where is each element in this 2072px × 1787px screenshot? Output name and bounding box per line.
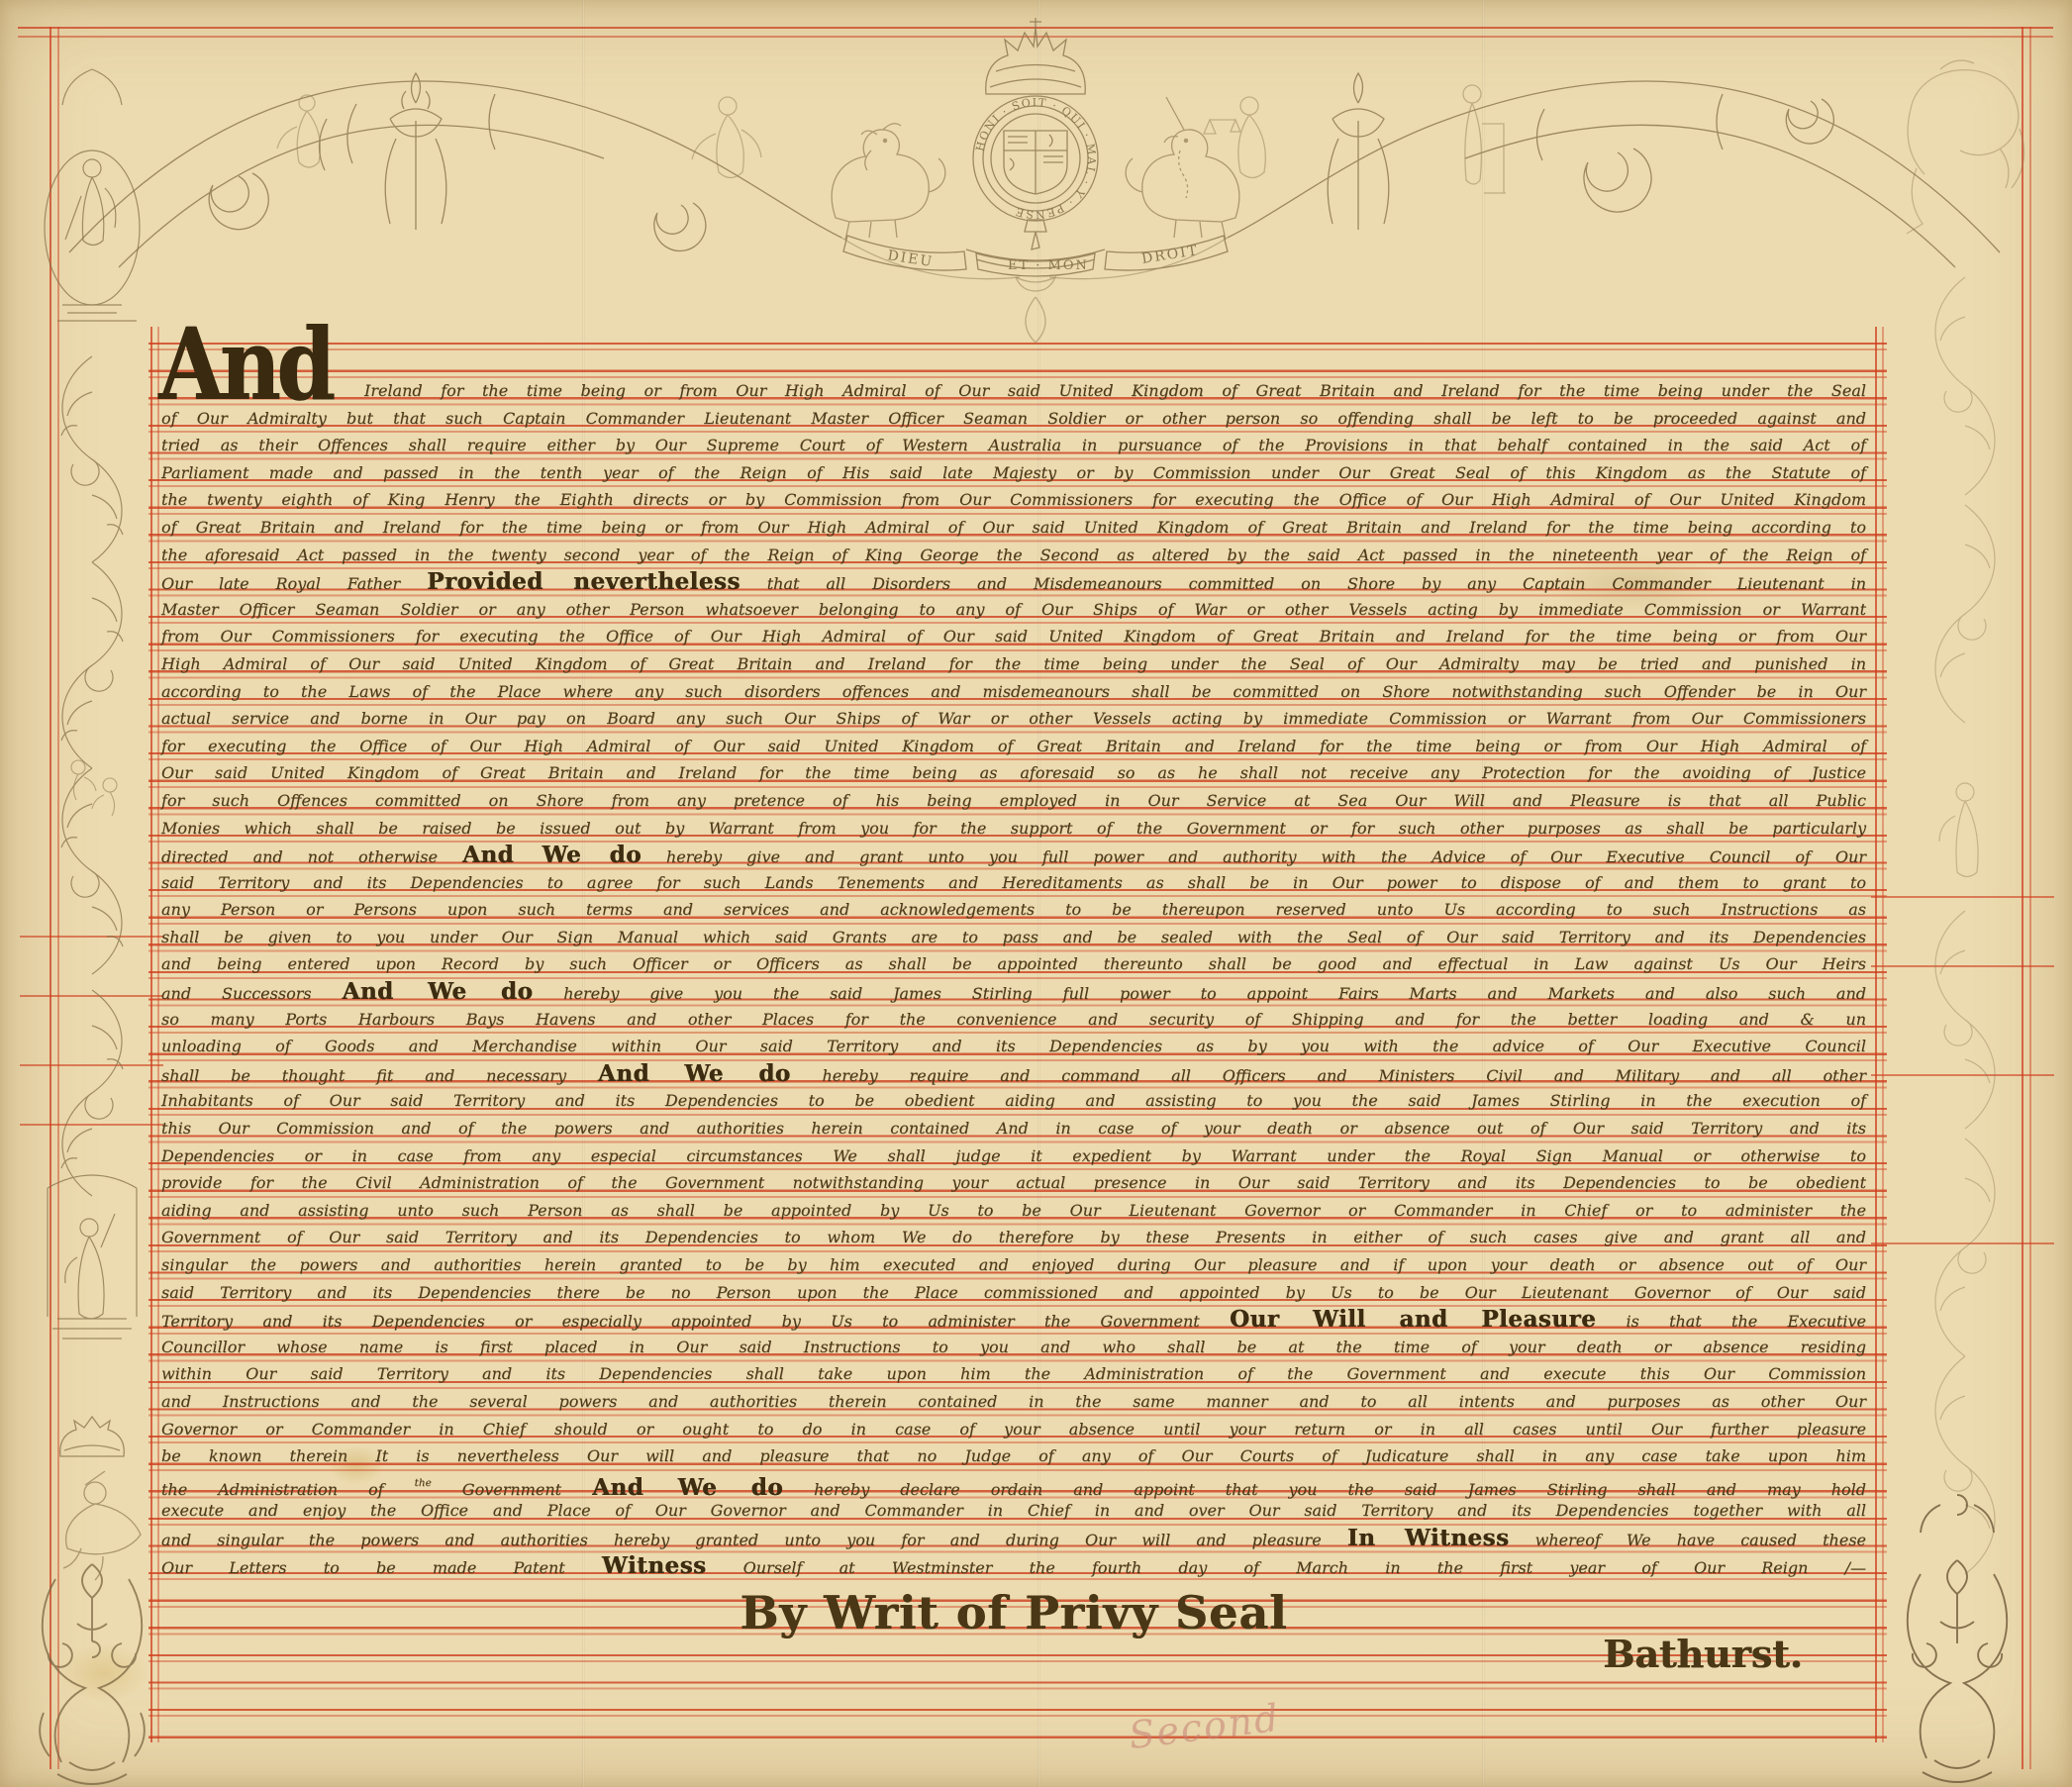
script-text: provide for the Civil Administration of …	[161, 1173, 1866, 1192]
motto-et-mon: ET · MON	[1008, 258, 1089, 273]
script-text: for such Offences committed on Shore fro…	[161, 791, 1866, 810]
script-text: be known therein It is nevertheless Our …	[161, 1446, 1866, 1465]
script-text: said Territory and its Dependencies to a…	[161, 873, 1866, 892]
blackletter-phrase: And We do	[342, 978, 533, 1005]
script-text: any Person or Persons upon such terms an…	[161, 900, 1866, 919]
script-text: actual service and borne in Our pay on B…	[161, 709, 1866, 728]
document-line: this Our Commission and of the powers an…	[161, 1115, 1866, 1142]
document-line: the Administration of the Government And…	[161, 1470, 1866, 1498]
script-text: Governor or Commander in Chief should or…	[161, 1420, 1866, 1439]
script-text: Our said United Kingdom of Great Britain…	[161, 763, 1866, 782]
document-line: directed and not otherwise And We do her…	[161, 842, 1866, 869]
document-line: Our said United Kingdom of Great Britain…	[161, 759, 1866, 787]
blackletter-phrase: And We do	[598, 1060, 791, 1087]
script-text: Master Officer Seaman Soldier or any oth…	[161, 600, 1866, 619]
document-line: for such Offences committed on Shore fro…	[161, 787, 1866, 815]
script-text: so many Ports Harbours Bays Havens and o…	[161, 1010, 1866, 1029]
script-text: said Territory and its Dependencies ther…	[161, 1283, 1866, 1302]
blackletter-phrase: And We do	[462, 842, 641, 868]
left-border-engraving	[18, 40, 166, 1782]
script-text: Parliament made and passed in the tenth …	[161, 463, 1866, 482]
script-text: hereby give and grant unto you full powe…	[641, 847, 1866, 866]
script-text: aiding and assisting unto such Person as…	[161, 1201, 1866, 1220]
caret-insertion: the	[415, 1477, 432, 1489]
document-line: be known therein It is nevertheless Our …	[161, 1442, 1866, 1470]
script-text: shall be given to you under Our Sign Man…	[161, 928, 1866, 946]
script-text: the aforesaid Act passed in the twenty s…	[161, 546, 1866, 564]
document-line: actual service and borne in Our pay on B…	[161, 705, 1866, 733]
motto-dieu: DIEU	[886, 248, 935, 270]
document-line: and Instructions and the several powers …	[161, 1388, 1866, 1416]
document-line: so many Ports Harbours Bays Havens and o…	[161, 1006, 1866, 1034]
document-line: Monies which shall be raised be issued o…	[161, 815, 1866, 843]
document-line: Ireland for the time being or from Our H…	[161, 377, 1866, 405]
document-line: within Our said Territory and its Depend…	[161, 1360, 1866, 1388]
document-line: and singular the powers and authorities …	[161, 1525, 1866, 1552]
document-line: Governor or Commander in Chief should or…	[161, 1416, 1866, 1443]
script-text: Ourself at Westminster the fourth day of…	[706, 1558, 1866, 1577]
script-text: Territory and its Dependencies or especi…	[161, 1312, 1230, 1331]
script-text: is that the Executive	[1596, 1312, 1866, 1331]
script-text: Our late Royal Father	[161, 574, 427, 593]
document-line: for executing the Office of Our High Adm…	[161, 733, 1866, 760]
document-line: any Person or Persons upon such terms an…	[161, 896, 1866, 924]
right-border-engraving	[1881, 40, 2049, 1782]
script-text: hereby declare ordain and appoint that y…	[783, 1480, 1866, 1499]
script-text: Government of Our said Territory and its…	[161, 1228, 1866, 1246]
script-text: Inhabitants of Our said Territory and it…	[161, 1091, 1866, 1110]
document-line: Territory and its Dependencies or especi…	[161, 1306, 1866, 1334]
script-text: High Admiral of Our said United Kingdom …	[161, 654, 1866, 673]
document-line: of Great Britain and Ireland for the tim…	[161, 514, 1866, 542]
document-line: tried as their Offences shall require ei…	[161, 432, 1866, 459]
document-line: according to the Laws of the Place where…	[161, 678, 1866, 706]
document-lines: Ireland for the time being or from Our H…	[161, 377, 1866, 1579]
document-line: aiding and assisting unto such Person as…	[161, 1197, 1866, 1225]
script-text: the twenty eighth of King Henry the Eigh…	[161, 490, 1866, 509]
script-text: and Instructions and the several powers …	[161, 1392, 1866, 1411]
script-text: execute and enjoy the Office and Place o…	[161, 1501, 1866, 1520]
script-text: directed and not otherwise	[161, 847, 462, 866]
drop-cap-and: And	[158, 315, 331, 414]
document-line: and Successors And We do hereby give you…	[161, 978, 1866, 1006]
document-line: Master Officer Seaman Soldier or any oth…	[161, 596, 1866, 624]
script-text: hereby require and command all Officers …	[791, 1066, 1866, 1085]
script-text: the Administration of	[161, 1480, 415, 1499]
script-text: that all Disorders and Misdemeanours com…	[740, 574, 1866, 593]
script-text: Government	[432, 1480, 592, 1499]
script-text: of Great Britain and Ireland for the tim…	[161, 518, 1866, 537]
document-line: High Admiral of Our said United Kingdom …	[161, 650, 1866, 678]
script-text: within Our said Territory and its Depend…	[161, 1364, 1866, 1383]
script-text: Monies which shall be raised be issued o…	[161, 819, 1866, 838]
document-line: said Territory and its Dependencies ther…	[161, 1279, 1866, 1307]
script-text: shall be thought fit and necessary	[161, 1066, 598, 1085]
document-line: provide for the Civil Administration of …	[161, 1169, 1866, 1197]
script-text: unloading of Goods and Merchandise withi…	[161, 1037, 1866, 1055]
script-text: singular the powers and authorities here…	[161, 1255, 1866, 1274]
document-line: execute and enjoy the Office and Place o…	[161, 1497, 1866, 1525]
script-text: and being entered upon Record by such Of…	[161, 954, 1866, 973]
script-text: Ireland for the time being or from Our H…	[364, 381, 1866, 400]
document-line: Parliament made and passed in the tenth …	[161, 459, 1866, 487]
script-text: from Our Commissioners for executing the…	[161, 627, 1866, 645]
motto-droit: DROIT	[1140, 243, 1200, 267]
script-text: of Our Admiralty but that such Captain C…	[161, 409, 1866, 428]
document-line: unloading of Goods and Merchandise withi…	[161, 1033, 1866, 1060]
document-line: Dependencies or in case from any especia…	[161, 1142, 1866, 1170]
document-line: Our late Royal Father Provided neverthel…	[161, 568, 1866, 596]
script-text: for executing the Office of Our High Adm…	[161, 737, 1866, 755]
script-text: according to the Laws of the Place where…	[161, 682, 1866, 701]
document-line: Inhabitants of Our said Territory and it…	[161, 1087, 1866, 1115]
parchment-document: HONI · SOIT · QUI · MAL · Y · PENSE	[0, 0, 2072, 1787]
document-line: singular the powers and authorities here…	[161, 1251, 1866, 1279]
script-text: Our Letters to be made Patent	[161, 1558, 602, 1577]
script-text: whereof We have caused these	[1509, 1531, 1866, 1549]
document-line: the twenty eighth of King Henry the Eigh…	[161, 486, 1866, 514]
script-text: Dependencies or in case from any especia…	[161, 1146, 1866, 1165]
document-line: Councillor whose name is first placed in…	[161, 1334, 1866, 1361]
script-text: this Our Commission and of the powers an…	[161, 1119, 1866, 1138]
document-line: from Our Commissioners for executing the…	[161, 623, 1866, 650]
blackletter-phrase: Witness	[602, 1552, 707, 1579]
script-text: and singular the powers and authorities …	[161, 1531, 1347, 1549]
script-text: tried as their Offences shall require ei…	[161, 436, 1866, 454]
document-line: of Our Admiralty but that such Captain C…	[161, 405, 1866, 433]
script-text: hereby give you the said James Stirling …	[533, 984, 1866, 1003]
document-line: shall be thought fit and necessary And W…	[161, 1060, 1866, 1088]
blackletter-phrase: Our Will and Pleasure	[1230, 1306, 1596, 1333]
signature-bathurst: Bathurst.	[1525, 1632, 1881, 1676]
blackletter-phrase: In Witness	[1347, 1525, 1510, 1551]
script-text: Councillor whose name is first placed in…	[161, 1338, 1866, 1356]
blackletter-phrase: Provided nevertheless	[427, 568, 740, 595]
document-line: the aforesaid Act passed in the twenty s…	[161, 542, 1866, 569]
document-line: Our Letters to be made Patent Witness Ou…	[161, 1552, 1866, 1580]
document-line: and being entered upon Record by such Of…	[161, 950, 1866, 978]
script-text: and Successors	[161, 984, 342, 1003]
document-line: shall be given to you under Our Sign Man…	[161, 924, 1866, 951]
document-line: Government of Our said Territory and its…	[161, 1224, 1866, 1251]
document-line: said Territory and its Dependencies to a…	[161, 869, 1866, 897]
